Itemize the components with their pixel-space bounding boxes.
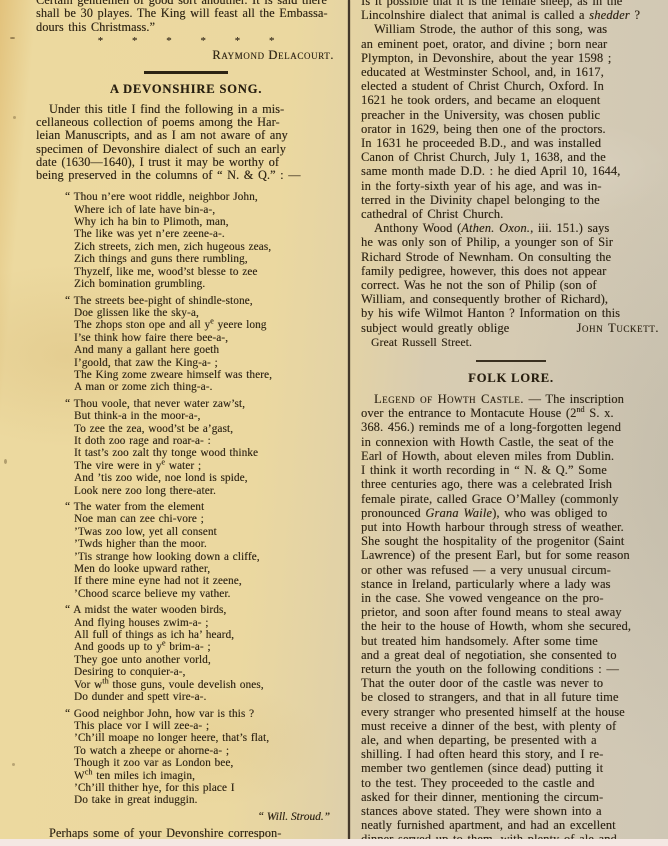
text-line: If there mine eyne had not it zeene, <box>74 575 336 587</box>
text-line: specimen of Devonshire dialect of such a… <box>36 143 336 156</box>
text-line: “ Thou n’ere woot riddle, neighbor John, <box>65 191 336 203</box>
text-line: Wch ten miles ich imagin, <box>74 770 336 782</box>
text-line: ’Ch’ill moape no longer heere, that’s fl… <box>74 732 336 744</box>
text-line: Lawrence) of the present Earl, but for s… <box>361 548 661 562</box>
text-line: terred in the Divinity chapel belonging … <box>361 193 661 207</box>
text-line: correct. Was he not the son of Philip (s… <box>361 278 661 292</box>
text-line: cathedral of Christ Church. <box>361 207 661 221</box>
text-line: Perhaps some of your Devonshire correspo… <box>36 827 336 840</box>
text-line: I’se think how faire there bee-a-, <box>74 332 336 344</box>
text-line: To watch a zheepe or ahorne-a- ; <box>74 745 336 757</box>
text-line: Zich streets, zich men, zich hugeous zea… <box>74 241 336 253</box>
text-line: preacher in the University, was chosen p… <box>361 108 661 122</box>
text-line: Noe man can zee chi-vore ; <box>74 513 336 525</box>
poem-signature-will-stroud: “ Will. Stroud.” <box>36 811 336 824</box>
text-line: date (1630—1640), I trust it may be wort… <box>36 156 336 169</box>
previous-article-fragment: Certain gentlemen of good sort anouther.… <box>36 0 336 34</box>
text-line: same month made D.D. : he died April 10,… <box>361 164 661 178</box>
text-line: “ The water from the element <box>65 501 336 513</box>
text-line: asked for their dinner, mentioning the c… <box>361 790 661 804</box>
devonshire-song-article: A DEVONSHIRE SONG. Under this title I fi… <box>36 82 336 846</box>
text-line: or other was refused — a very unusual ci… <box>361 563 661 577</box>
scan-edge-strip <box>0 839 668 846</box>
text-line: ’Twds higher than the moor. <box>74 538 336 550</box>
text-line: leian Manuscripts, and as I am not aware… <box>36 129 336 142</box>
text-line: This place vor I will zee-a- ; <box>74 720 336 732</box>
text-line: member two gentlemen (since dead) puttin… <box>361 761 661 775</box>
text-line: They goe unto another vorld, <box>74 654 336 666</box>
ink-speck <box>13 116 16 119</box>
text-line: but treated him handsomely. After some t… <box>361 634 661 648</box>
text-line: Men do looke upward rather, <box>74 563 336 575</box>
text-line: prietor, and soon after found means to s… <box>361 605 661 619</box>
text-line: William Strode, the author of this song,… <box>361 22 661 36</box>
text-line: and a great deal of negotiation, she con… <box>361 648 661 662</box>
text-line: family pedigree, however, this does not … <box>361 264 661 278</box>
text-line: over the entrance to Montacute House (2n… <box>361 406 661 420</box>
asterisk-separator: * * * * * * <box>36 35 336 48</box>
intro-paragraph: Under this title I find the following in… <box>36 103 336 183</box>
left-column: Certain gentlemen of good sort anouther.… <box>36 0 336 846</box>
column-divider-rule <box>348 0 350 839</box>
text-line: Under this title I find the following in… <box>36 103 336 116</box>
ink-speck <box>12 763 15 766</box>
section-rule <box>144 71 228 74</box>
text-line: shall be 30 playes. The King will feast … <box>36 7 336 20</box>
text-line: he was only son of Philip, a younger son… <box>361 235 661 249</box>
text-line: Though it zoo var as London bee, <box>74 757 336 769</box>
text-line: And many a gallant here goeth <box>74 344 336 356</box>
text-line: “ The streets bee-pight of shindle-stone… <box>65 295 336 307</box>
howth-castle-legend-paragraph: Legend of Howth Castle. — The inscriptio… <box>361 392 661 846</box>
text-line: All full of things as ich ha’ heard, <box>74 629 336 641</box>
text-line: But think-a in the moor-a-, <box>74 410 336 422</box>
poem: “ Thou n’ere woot riddle, neighbor John,… <box>74 191 336 807</box>
stanza-2: “ The streets bee-pight of shindle-stone… <box>74 295 336 394</box>
text-line: Canon of Christ Church, July 1, 1638, an… <box>361 150 661 164</box>
text-line: Is it possible that it is the female she… <box>361 0 661 8</box>
text-line: ’Ch’ill thither hye, for this place I <box>74 782 336 794</box>
text-line: Where ich of late have bin-a-, <box>74 204 336 216</box>
text-line: Earl of Howth, about eleven miles from D… <box>361 449 661 463</box>
text-line: That the outer door of the castle was ne… <box>361 676 661 690</box>
text-line: The zhops ston ope and all ye yeere long <box>74 319 336 331</box>
text-line: Why ich ha bin to Plimoth, man, <box>74 216 336 228</box>
text-line: And flying houses zwim-a- ; <box>74 617 336 629</box>
text-line: Desiring to conquier-a-, <box>74 666 336 678</box>
folk-lore-title: FOLK LORE. <box>361 371 661 385</box>
text-line: “ A midst the water wooden birds, <box>65 604 336 616</box>
oblige-text: subject would greatly oblige <box>361 321 509 335</box>
stanza-1: “ Thou n’ere woot riddle, neighbor John,… <box>74 191 336 290</box>
text-line: three centuries ago, there was a celebra… <box>361 477 661 491</box>
text-line: Doe glissen like the sky-a, <box>74 307 336 319</box>
text-line: female pirate, called Grace O’Malley (co… <box>361 492 661 506</box>
scanned-periodical-page: Certain gentlemen of good sort anouther.… <box>0 0 668 846</box>
text-line: I’goold, that zaw the King-a- ; <box>74 357 336 369</box>
text-line: be closed to strangers, and that in all … <box>361 690 661 704</box>
text-line: Zich things and guns there rumbling, <box>74 253 336 265</box>
text-line: ’Twas zoo low, yet all consent <box>74 526 336 538</box>
text-line: in the forty-sixth year of his age, and … <box>361 179 661 193</box>
signature-john-tuckett: John Tuckett. <box>576 321 661 335</box>
text-line: to the test. They proceeded to the castl… <box>361 776 661 790</box>
address-line: Great Russell Street. <box>371 336 661 350</box>
text-line: 368. 456.) reminds me of a long-forgotte… <box>361 420 661 434</box>
text-line: It doth zoo rage and roar-a- : <box>74 435 336 447</box>
text-line: Do dunder and spett vire-a-. <box>74 691 336 703</box>
text-line: The vire were in ye water ; <box>74 460 336 472</box>
text-line: being preserved in the columns of “ N. &… <box>36 169 336 182</box>
text-line: Vor wth those guns, voule develish ones, <box>74 679 336 691</box>
wood-paragraph-last-line: subject would greatly oblige John Tucket… <box>361 321 661 335</box>
text-line: return the youth on the following condit… <box>361 662 661 676</box>
text-line: To zee the zea, wood’st be a’gast, <box>74 423 336 435</box>
text-line: educated at Westminster School, and, in … <box>361 65 661 79</box>
text-line: the heir to the house of Howth, whom she… <box>361 619 661 633</box>
stanza-5: “ A midst the water wooden birds,And fly… <box>74 604 336 703</box>
section-rule <box>476 360 546 362</box>
text-line: shilling. I had often heard this story, … <box>361 747 661 761</box>
text-line: an eminent poet, orator, and divine ; bo… <box>361 37 661 51</box>
stanza-3: “ Thou voole, that never water zaw’st,Bu… <box>74 398 336 497</box>
ink-speck <box>10 37 15 39</box>
text-line: “ Thou voole, that never water zaw’st, <box>65 398 336 410</box>
text-line: Legend of Howth Castle. — The inscriptio… <box>361 392 661 406</box>
text-line: William, and consequently brother of Ric… <box>361 292 661 306</box>
text-line: ’Chood scarce believe my vather. <box>74 588 336 600</box>
address-text: Great Russell Street. <box>371 336 661 350</box>
text-line: dours this Christmass.” <box>36 21 336 34</box>
text-line: She sought the hospitality of the progen… <box>361 534 661 548</box>
text-line: “ Good neighbor John, how var is this ? <box>65 708 336 720</box>
folk-lore-section: FOLK LORE. Legend of Howth Castle. — The… <box>361 371 661 846</box>
stanza-4: “ The water from the elementNoe man can … <box>74 501 336 600</box>
text-line: Lincolnshire dialect that animal is call… <box>361 8 661 22</box>
text-line: And goods up to ye brim-a- ; <box>74 641 336 653</box>
byline-raymond-delacourt: Raymond Delacourt. <box>36 49 336 62</box>
text-line: cellaneous collection of poems among the… <box>36 116 336 129</box>
text-line: In 1631 he proceeded B.D., and was insta… <box>361 136 661 150</box>
text-line: must receive a dinner of the best, with … <box>361 719 661 733</box>
text-line: Do take in great induggin. <box>74 794 336 806</box>
text-line: neatly furnished apartment, and had an e… <box>361 818 661 832</box>
text-line: And ’tis zoo wide, noe lond is spide, <box>74 472 336 484</box>
text-line: ale, and when departing, be presented wi… <box>361 733 661 747</box>
text-line: every stranger who presented himself at … <box>361 705 661 719</box>
text-line: The like was yet n’ere zeene-a-. <box>74 228 336 240</box>
text-line: It tast’s zoo zalt thy tonge wood thinke <box>74 447 336 459</box>
article-title: A DEVONSHIRE SONG. <box>36 82 336 96</box>
query-fragment: Is it possible that it is the female she… <box>361 0 661 22</box>
text-line: Anthony Wood (Athen. Oxon., iii. 151.) s… <box>361 221 661 235</box>
text-line: 1621 he took orders, and became an eloqu… <box>361 93 661 107</box>
text-line: stances above stated. They were shown in… <box>361 804 661 818</box>
text-line: pronounced Grana Waile), who was obliged… <box>361 506 661 520</box>
text-line: The King zome zweare himself was there, <box>74 369 336 381</box>
text-line: ’Tis strange how looking down a cliffe, <box>74 551 336 563</box>
text-line: Richard Strode of Newnham. On consulting… <box>361 250 661 264</box>
right-column: Is it possible that it is the female she… <box>361 0 661 846</box>
text-line: in the case. She vowed vengeance on the … <box>361 591 661 605</box>
text-line: stance in Ireland, particularly where a … <box>361 577 661 591</box>
text-line: I think it worth recording in “ N. & Q.”… <box>361 463 661 477</box>
ink-speck <box>4 459 7 464</box>
text-line: Thyzelf, like me, wood’st blesse to zee <box>74 266 336 278</box>
text-line: Look nere zoo long there-ater. <box>74 485 336 497</box>
anthony-wood-paragraph: Anthony Wood (Athen. Oxon., iii. 151.) s… <box>361 221 661 320</box>
text-line: Plympton, in Devonshire, about the year … <box>361 51 661 65</box>
text-line: elected a student of Christ Church, Oxfo… <box>361 79 661 93</box>
text-line: Zich bomination grumbling. <box>74 278 336 290</box>
stanza-6: “ Good neighbor John, how var is this ?T… <box>74 708 336 807</box>
text-line: by his wife Wilmot Hanton ? Information … <box>361 306 661 320</box>
text-line: A man or zome zich thing-a-. <box>74 381 336 393</box>
text-line: in connexion with Howth Castle, the seat… <box>361 435 661 449</box>
text-line: orator in 1629, being then one of the pr… <box>361 122 661 136</box>
text-line: put into Howth harbour through stress of… <box>361 520 661 534</box>
strode-biography-paragraph: William Strode, the author of this song,… <box>361 22 661 221</box>
